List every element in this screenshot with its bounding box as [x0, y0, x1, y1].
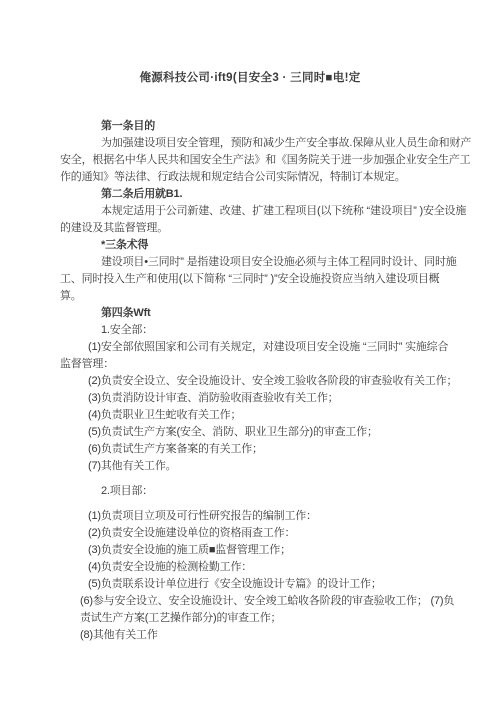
text-line: (8)其他有关工作	[60, 627, 442, 644]
text-line: (1)安全部依照国家和公司有关规定，对建设项目安全设施 “三同时” 实施综合	[60, 339, 442, 356]
text-line: (5)负责试生产方案(安全、消防、职业卫生部分)的审查工作；	[60, 424, 442, 441]
text-line: 作的通知》等法律、行政法规和规定结合公司实际情况，特制订本规定。	[60, 169, 442, 186]
text-line: (7)其他有关工作。	[60, 458, 442, 475]
text-line: (5)负责联系设计单位进行《安全设施设计专篇》的设计工作；	[60, 576, 442, 593]
text-line: 安全，根据名中华人民共和国安全生产法》和《国务院关于进一步加强企业安全生产工	[60, 152, 442, 169]
text-line: (4)负责安全设施的检测检勤工作：	[60, 559, 442, 576]
text-line: (3)负责安全设施的施工质■监督管理工作；	[60, 542, 442, 559]
text-line: 2.项目部：	[60, 483, 442, 500]
text-line: 算。	[60, 288, 442, 305]
text-line: 第一条目的	[60, 118, 442, 135]
text-line: 工、同时投入生产和使用(以下简称 “三同时” )”安全设施投资应当纳入建设项目概	[60, 271, 442, 288]
text-line: 第二条后用就B1.	[60, 186, 442, 203]
document-body: 第一条目的为加强建设项目安全管理，预防和减少生产安全事故.保障从业人员生命和财产…	[60, 118, 442, 644]
text-line: (6)参与安全设立、安全设施设计、安全竣工蛤收各阶段的审查验收工作； (7)负	[60, 593, 442, 610]
text-line: (2)负责安全设立、安全设施设计、安全竣工验收各阶段的审查验收有关工作；	[60, 373, 442, 390]
text-line: (2)负责安全设施建设单位的资格雨查工作：	[60, 525, 442, 542]
text-line: 的建设及其监督管理。	[60, 220, 442, 237]
text-line: 监督管理：	[60, 356, 442, 373]
text-line: 1.安全部：	[60, 322, 442, 339]
blank-line	[60, 475, 442, 483]
document-page: 俺源科技公司·ift9(目安全3 · 三同时■电!定 第一条目的为加强建设项目安…	[0, 0, 500, 707]
text-line: (4)负责职业卫生蛇收有关工作；	[60, 407, 442, 424]
blank-line	[60, 500, 442, 508]
text-line: 建设项目•三同时” 是指建设项目安全设施必须与主体工程同时设计、同时施	[60, 254, 442, 271]
text-line: 第四条Wft	[60, 305, 442, 322]
text-line: 责试生产方案(工艺操作部分)的审查工作；	[60, 610, 442, 627]
text-line: (1)负责项目立项及可行性研究报告的编制工作：	[60, 508, 442, 525]
text-line: (6)负责试生产方案备案的有关工作；	[60, 441, 442, 458]
document-title: 俺源科技公司·ift9(目安全3 · 三同时■电!定	[0, 70, 500, 86]
text-line: *三条术得	[60, 237, 442, 254]
text-line: 本规定适用于公司新建、改建、扩建工程项目(以下统称 “建设项目” )安全设施	[60, 203, 442, 220]
text-line: 为加强建设项目安全管理，预防和减少生产安全事故.保障从业人员生命和财产	[60, 135, 442, 152]
text-line: (3)负责消防设计审查、消防验收雨查验收有关工作；	[60, 390, 442, 407]
